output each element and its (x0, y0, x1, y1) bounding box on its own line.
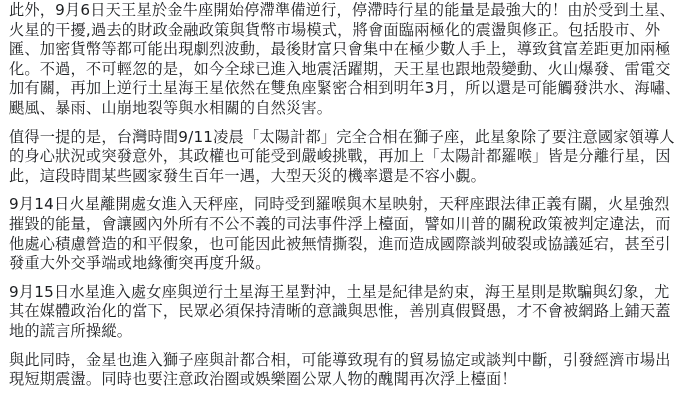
paragraph-sun-ketu-conjunction: 值得一提的是，台灣時間9/11凌晨「太陽計都」完全合相在獅子座，此星象除了要注意… (9, 128, 683, 187)
paragraph-venus-leo: 與此同時，金星也進入獅子座與計都合相，可能導致現有的貿易協定或談判中斷，引發經濟… (9, 351, 683, 390)
paragraph-mercury-virgo: 9月15日水星進入處女座與逆行土星海王星對沖，土星是紀律是約束，海王星則是欺騙與… (9, 283, 683, 342)
paragraph-uranus-stationary: 此外，9月6日天王星於金牛座開始停滯準備逆行，停滯時行星的能量是最強大的！由於受… (9, 0, 683, 119)
paragraph-mars-libra: 9月14日火星離開處女進入天秤座，同時受到羅喉與木星映射，天秤座跟法律正義有關，… (9, 195, 683, 273)
post-body: 此外，9月6日天王星於金牛座開始停滯準備逆行，停滯時行星的能量是最強大的！由於受… (0, 0, 693, 390)
